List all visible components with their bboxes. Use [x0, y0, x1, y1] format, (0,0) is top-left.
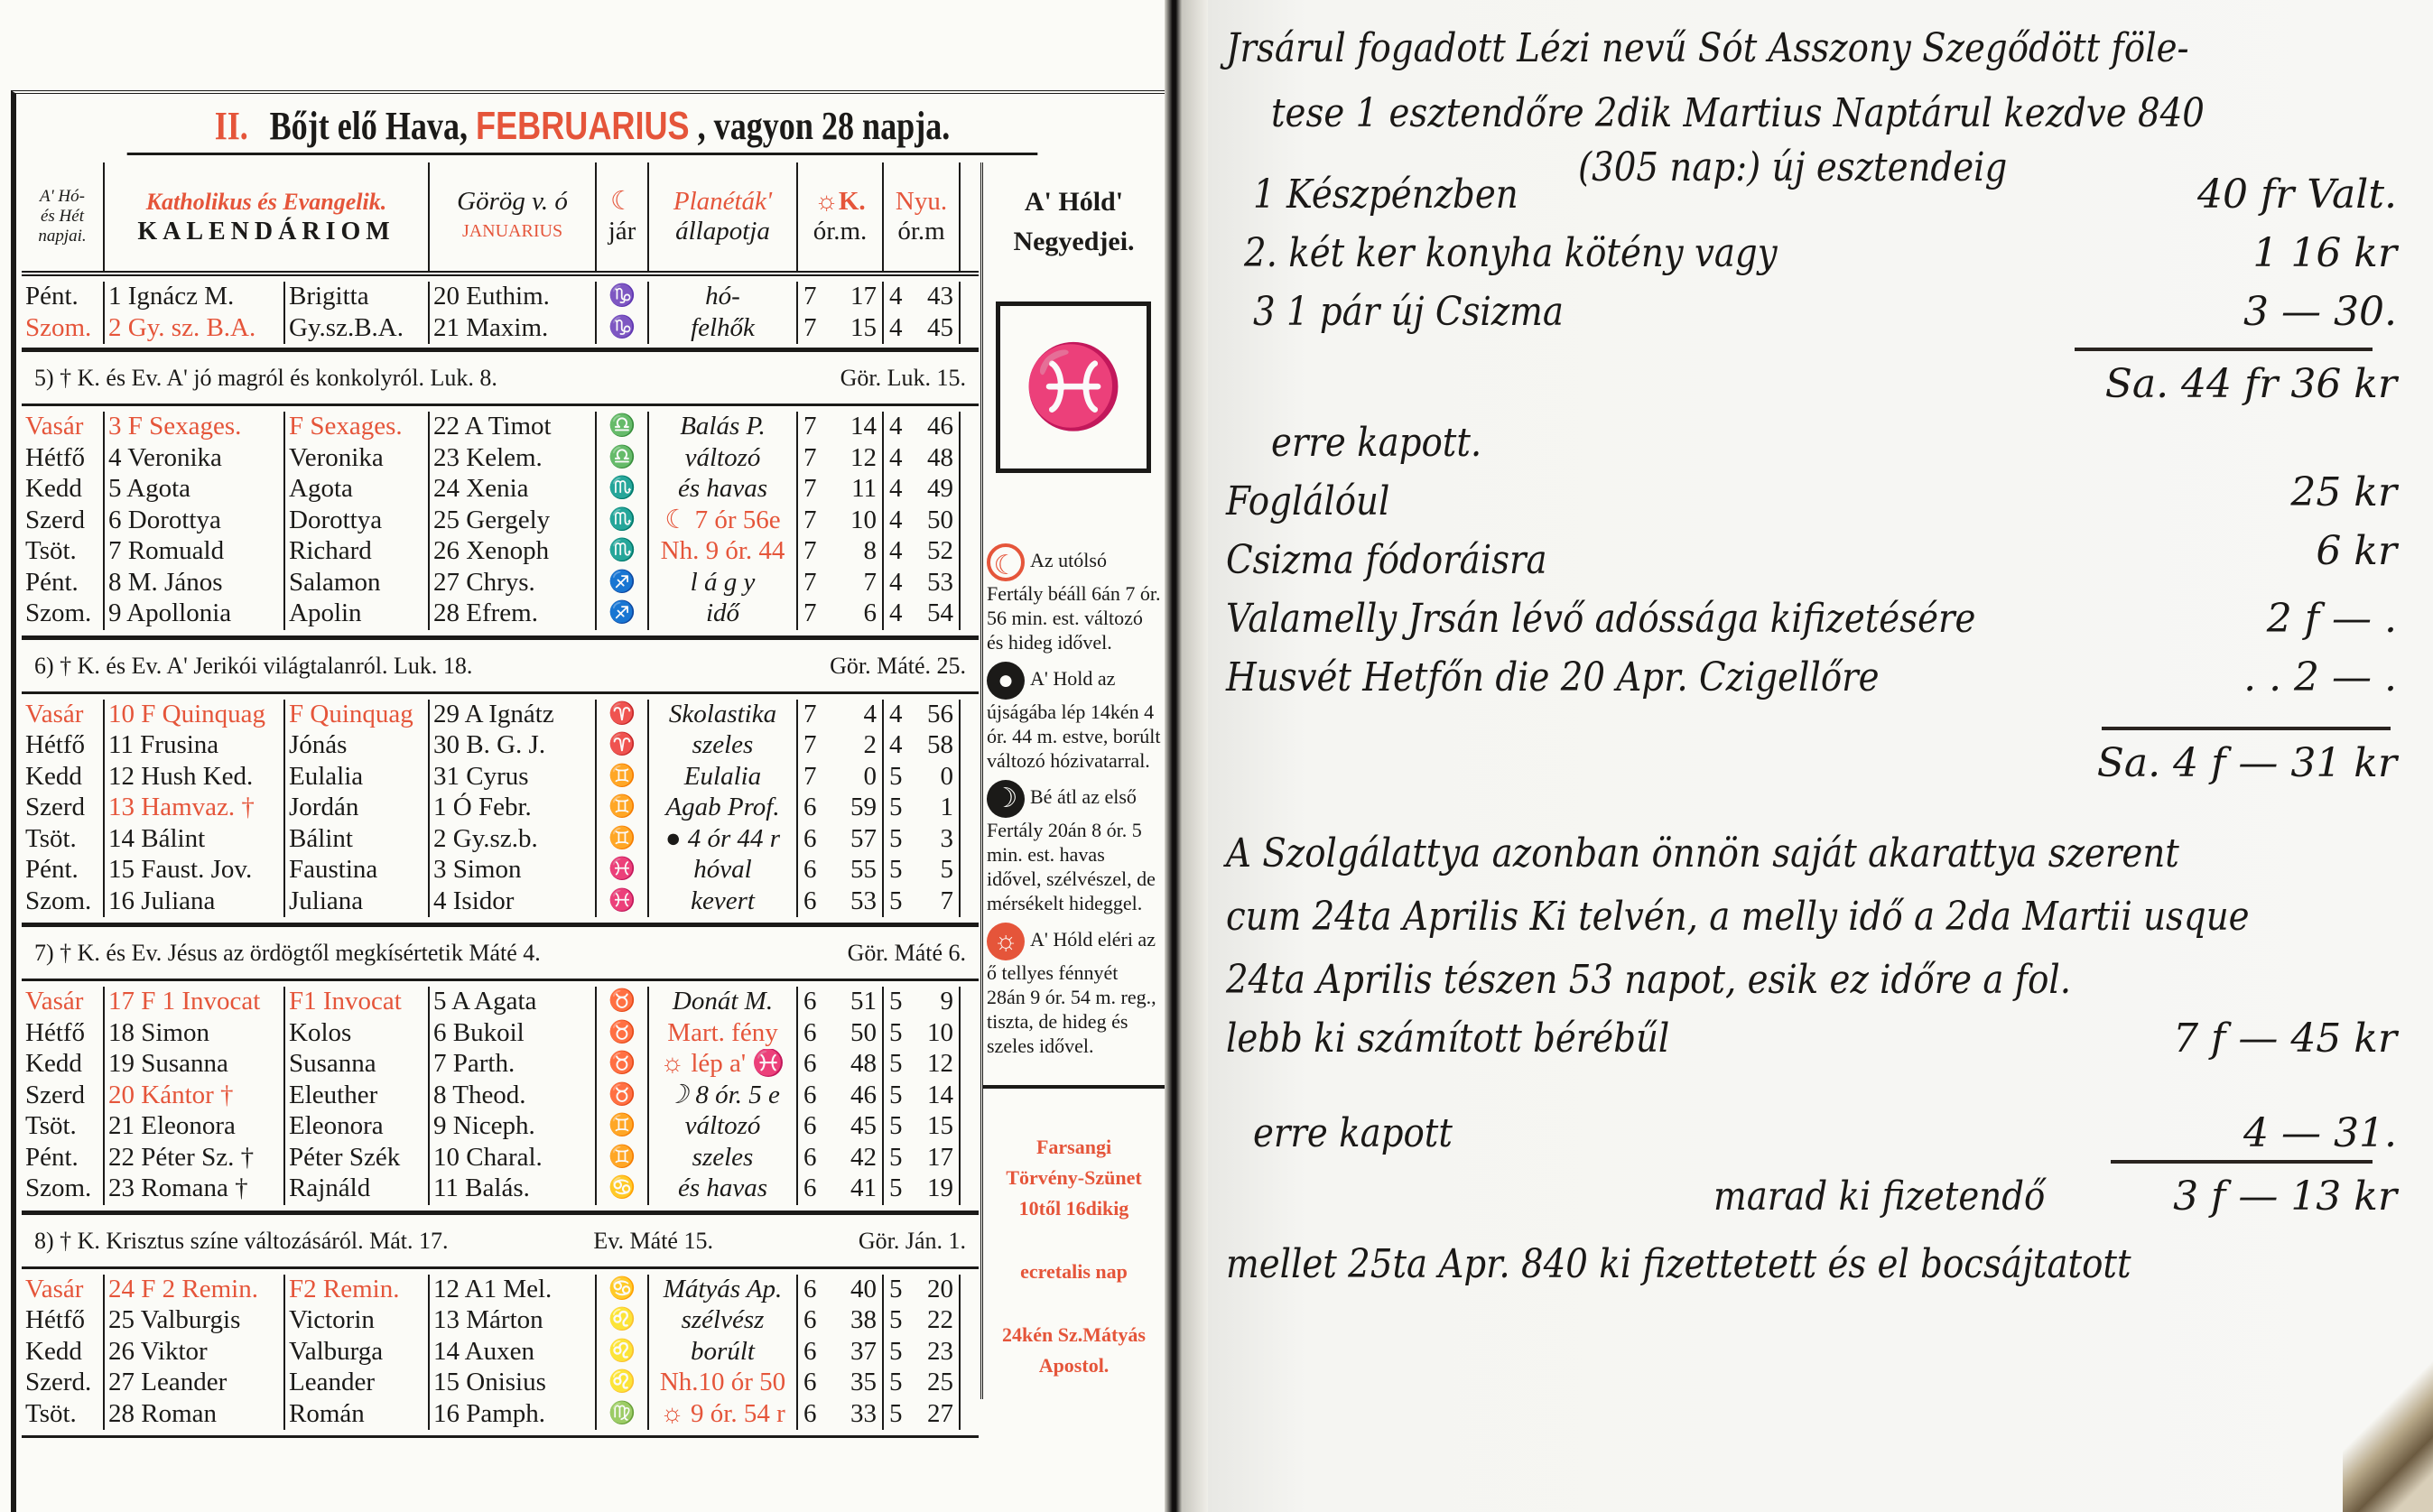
handwritten-line: (305 nap:) új esztendeig: [1578, 144, 2007, 191]
month-title-suffix: , vagyon 28 napja.: [698, 104, 951, 148]
sunset-time: 522: [884, 1305, 961, 1337]
page-curl: [2343, 1350, 2433, 1512]
evangelical-saint: Victorin: [285, 1305, 430, 1337]
greek-saint: 9 Niceph.: [430, 1111, 597, 1143]
weekday: Vasár: [22, 987, 105, 1018]
zodiac-icon: ♍: [597, 1399, 649, 1431]
catholic-saint: 11 Frusina: [105, 730, 285, 762]
weekday: Szom.: [22, 886, 105, 918]
greek-saint: 7 Parth.: [430, 1049, 597, 1081]
catholic-saint: 14 Bálint: [105, 824, 285, 856]
zodiac-icon: ♊: [597, 1111, 649, 1143]
catholic-saint: 7 Romuald: [105, 536, 285, 568]
greek-saint: 27 Chrys.: [430, 568, 597, 599]
header-day: A' Hó- és Hét napjai.: [22, 162, 105, 271]
table-row: Tsöt.7 RomualdRichard26 Xenoph♏Nh. 9 ór.…: [22, 536, 979, 568]
planet-weather: Donát M.: [649, 987, 798, 1018]
gospel-reading: 8) † K. Krisztus színe változásáról. Mát…: [34, 1226, 449, 1256]
evangelical-saint: Bálint: [285, 824, 430, 856]
table-row: Kedd5 AgotaAgota24 Xenia♏és havas711449: [22, 474, 979, 506]
header-sunset: Nyu. ór.m: [884, 162, 961, 271]
catholic-saint: 17 F 1 Invocat: [105, 987, 285, 1018]
table-row: Vasár10 F QuinquagF Quinquag29 A Ignátz♈…: [22, 700, 979, 731]
zodiac-icon: ♎: [597, 443, 649, 475]
catholic-saint: 25 Valburgis: [105, 1305, 285, 1337]
catholic-saint: 8 M. János: [105, 568, 285, 599]
sunrise-time: 637: [798, 1337, 884, 1368]
evangelical-saint: Juliana: [285, 886, 430, 918]
zodiac-icon: ♑: [597, 313, 649, 345]
carnival-notes: Farsangi Törvény-Szünet 10től 16dikig ec…: [983, 1134, 1165, 1379]
sunrise-time: 645: [798, 1111, 884, 1143]
table-row: Szom.16 JulianaJuliana4 Isidor♓kevert653…: [22, 886, 979, 918]
planet-weather: Mart. fény: [649, 1018, 798, 1050]
table-header: A' Hó- és Hét napjai. Katholikus és Evan…: [22, 162, 979, 276]
zodiac-icon: ♈: [597, 700, 649, 731]
planet-weather: idő: [649, 598, 798, 630]
sunset-time: 458: [884, 730, 961, 762]
moon-quarters-heading: A' Hóld' Negyedjei.: [983, 162, 1165, 262]
zodiac-icon: ♐: [597, 568, 649, 599]
table-row: Hétfő18 SimonKolos6 Bukoil♉Mart. fény650…: [22, 1018, 979, 1050]
zodiac-icon: ♐: [597, 598, 649, 630]
table-row: Pént.22 Péter Sz. †Péter Szék10 Charal.♊…: [22, 1143, 979, 1174]
planet-weather: szélvész: [649, 1305, 798, 1337]
evangelical-saint: Román: [285, 1399, 430, 1431]
sunset-time: 57: [884, 886, 961, 918]
handwritten-line: Valamelly Jrsán lévő adóssága kifizetésé…: [1226, 596, 1975, 643]
greek-saint: 26 Xenoph: [430, 536, 597, 568]
planet-weather: l á g y: [649, 568, 798, 599]
handwritten-line: erre kapott: [1253, 1110, 1453, 1157]
greek-saint: 4 Isidor: [430, 886, 597, 918]
weekday: Hétfő: [22, 443, 105, 475]
sunset-time: 449: [884, 474, 961, 506]
table-row: Szerd.27 LeanderLeander15 Onisius♌Nh.10 …: [22, 1368, 979, 1399]
sunrise-time: 659: [798, 793, 884, 824]
handwritten-line: Foglálóul: [1226, 478, 1389, 525]
planet-weather: ☼ 9 ór. 54 r: [649, 1399, 798, 1431]
planet-weather: borúlt: [649, 1337, 798, 1368]
table-row: Kedd26 ViktorValburga14 Auxen♌borúlt6375…: [22, 1337, 979, 1368]
evangelical-saint: F Quinquag: [285, 700, 430, 731]
sunrise-time: 651: [798, 987, 884, 1018]
weekday: Hétfő: [22, 1305, 105, 1337]
table-row: Vasár17 F 1 InvocatF1 Invocat5 A Agata♉D…: [22, 987, 979, 1018]
ledger-amount: 1 16 kr: [2252, 230, 2397, 277]
table-row: Pént.8 M. JánosSalamon27 Chrys.♐l á g y7…: [22, 568, 979, 599]
sunset-time: 514: [884, 1081, 961, 1112]
weekday: Kedd: [22, 474, 105, 506]
catholic-saint: 16 Juliana: [105, 886, 285, 918]
ledger-amount: 25 kr: [2290, 469, 2397, 516]
moon-entry-full-moon: ☼A' Hóld eléri az ő tellyes fénnyét 28án…: [983, 923, 1165, 1058]
table-row: Tsöt.28 RomanRomán16 Pamph.♍☼ 9 ór. 54 r…: [22, 1399, 979, 1431]
sunrise-time: 711: [798, 474, 884, 506]
moon-entry-new-moon: ●A' Hold az újságába lép 14kén 4 ór. 44 …: [983, 662, 1165, 773]
sunrise-time: 70: [798, 762, 884, 793]
sunrise-time: 710: [798, 506, 884, 537]
weekday: Szerd: [22, 506, 105, 537]
zodiac-icon: ♌: [597, 1368, 649, 1399]
gospel-reading: 7) † K. és Ev. Jésus az ördögtől megkísé…: [34, 938, 541, 968]
sum-rule: [2075, 348, 2373, 351]
calendar-table: A' Hó- és Hét napjai. Katholikus és Evan…: [22, 162, 979, 1438]
zodiac-icon: ♉: [597, 1049, 649, 1081]
rows-week-4: Pént. 1 Ignácz M. Brigitta 20 Euthim. ♑ …: [22, 276, 979, 350]
greek-reading: Gör. Máté 6.: [848, 938, 966, 968]
table-row: Szerd13 Hamvaz. †Jordán1 Ó Febr.♊Agab Pr…: [22, 793, 979, 824]
sunset-time: 51: [884, 793, 961, 824]
weekday: Tsöt.: [22, 536, 105, 568]
evangelical-saint: Eleonora: [285, 1111, 430, 1143]
greek-saint: 29 A Ignátz: [430, 700, 597, 731]
pisces-icon: ♓: [1023, 376, 1124, 400]
month-title: II. Bőjt elő Hava, FEBRUARIUS , vagyon 2…: [127, 101, 1038, 155]
week-heading: 7) † K. és Ev. Jésus az ördögtől megkísé…: [22, 925, 979, 981]
catholic-saint: 26 Viktor: [105, 1337, 285, 1368]
greek-saint: 5 A Agata: [430, 987, 597, 1018]
evangelical-saint: Leander: [285, 1368, 430, 1399]
weekday: Kedd: [22, 762, 105, 793]
sunset-time: 453: [884, 568, 961, 599]
greek-saint: 1 Ó Febr.: [430, 793, 597, 824]
moon-quarters-column: A' Hóld' Negyedjei. ♓ ☾Az utólsó Fertály…: [980, 162, 1165, 1399]
sunrise-time: 77: [798, 568, 884, 599]
planet-weather: ☾ 7 ór 56e: [649, 506, 798, 537]
planet-weather: Nh. 9 ór. 44: [649, 536, 798, 568]
sunrise-time: 640: [798, 1275, 884, 1306]
weekday: Pént.: [22, 568, 105, 599]
table-row: Pént.15 Faust. Jov.Faustina3 Simon♓hóval…: [22, 855, 979, 886]
sunset-time: 456: [884, 700, 961, 731]
week-heading: 8) † K. Krisztus színe változásáról. Mát…: [22, 1213, 979, 1269]
handwritten-ledger-page: Jrsárul fogadott Lézi nevű Sót Asszony S…: [1208, 0, 2433, 1512]
sunset-time: 512: [884, 1049, 961, 1081]
weekday: Szom.: [22, 1173, 105, 1205]
zodiac-icon: ♊: [597, 824, 649, 856]
header-greek: Görög v. ó JANUARIUS: [430, 162, 597, 271]
catholic-saint: 23 Romana †: [105, 1173, 285, 1205]
evangelical-saint: Susanna: [285, 1049, 430, 1081]
evangelical-saint: F Sexages.: [285, 412, 430, 443]
sunset-time: 53: [884, 824, 961, 856]
weekday: Szom.: [22, 598, 105, 630]
handwritten-line: mellet 25ta Apr. 840 ki fizettetett és e…: [1226, 1241, 2131, 1288]
planet-weather: hóval: [649, 855, 798, 886]
evangelical-saint: Salamon: [285, 568, 430, 599]
week-rows: Vasár10 F QuinquagF Quinquag29 A Ignátz♈…: [22, 694, 979, 926]
weekday: Vasár: [22, 700, 105, 731]
ledger-amount: Sa. 4 f — 31 kr: [2097, 740, 2397, 787]
table-row: Szom.9 ApolloniaApolin28 Efrem.♐idő76454: [22, 598, 979, 630]
planet-weather: ☼ lép a' ♓: [649, 1049, 798, 1081]
greek-saint: 12 A1 Mel.: [430, 1275, 597, 1306]
table-row: Kedd19 SusannaSusanna7 Parth.♉☼ lép a' ♓…: [22, 1049, 979, 1081]
week-heading: 5) † K. és Ev. A' jó magról és konkolyró…: [22, 350, 979, 406]
table-row: Szerd20 Kántor †Eleuther8 Theod.♉☽ 8 ór.…: [22, 1081, 979, 1112]
sunset-time: 523: [884, 1337, 961, 1368]
handwritten-line: marad ki fizetendő: [1713, 1173, 2045, 1220]
weekday: Szerd.: [22, 1368, 105, 1399]
sunset-time: 446: [884, 412, 961, 443]
evangelical-saint: Richard: [285, 536, 430, 568]
table-row: Szerd6 DorottyaDorottya25 Gergely♏☾ 7 ór…: [22, 506, 979, 537]
greek-saint: 16 Pamph.: [430, 1399, 597, 1431]
table-row: Tsöt.21 EleonoraEleonora9 Niceph.♊változ…: [22, 1111, 979, 1143]
sunrise-time: 714: [798, 412, 884, 443]
handwritten-line: 1 Készpénzben: [1253, 172, 1518, 218]
zodiac-icon: ♉: [597, 1081, 649, 1112]
weekday: Vasár: [22, 412, 105, 443]
moon-entry-first-quarter: ☽Bé átl az első Fertály 20án 8 ór. 5 min…: [983, 780, 1165, 915]
weekday: Szerd: [22, 1081, 105, 1112]
sunrise-time: 657: [798, 824, 884, 856]
new-moon-icon: ●: [987, 662, 1025, 700]
sunset-time: 527: [884, 1399, 961, 1431]
handwritten-line: Csizma fódoráisra: [1226, 537, 1547, 584]
sunset-time: 450: [884, 506, 961, 537]
catholic-saint: 9 Apollonia: [105, 598, 285, 630]
month-title-prefix: Bőjt elő Hava,: [270, 104, 468, 148]
handwritten-line: tese 1 esztendőre 2dik Martius Naptárul …: [1271, 90, 2205, 137]
calendar-page: II. Bőjt elő Hava, FEBRUARIUS , vagyon 2…: [0, 0, 1165, 1512]
catholic-saint: 19 Susanna: [105, 1049, 285, 1081]
planet-weather: Agab Prof.: [649, 793, 798, 824]
zodiac-icon: ♑: [597, 282, 649, 313]
table-row: Pént. 1 Ignácz M. Brigitta 20 Euthim. ♑ …: [22, 282, 979, 313]
sunrise-time: 641: [798, 1173, 884, 1205]
planet-weather: és havas: [649, 1173, 798, 1205]
planet-weather: Skolastika: [649, 700, 798, 731]
sunset-time: 55: [884, 855, 961, 886]
gospel-reading: 5) † K. és Ev. A' jó magról és konkolyró…: [34, 363, 497, 393]
greek-saint: 24 Xenia: [430, 474, 597, 506]
greek-saint: 28 Efrem.: [430, 598, 597, 630]
month-name: FEBRUARIUS: [476, 104, 690, 148]
weekday: Tsöt.: [22, 1399, 105, 1431]
sunrise-time: 74: [798, 700, 884, 731]
zodiac-icon: ♏: [597, 506, 649, 537]
greek-saint: 22 A Timot: [430, 412, 597, 443]
full-moon-icon: ☼: [987, 923, 1025, 960]
sunset-time: 59: [884, 987, 961, 1018]
evangelical-saint: Eulalia: [285, 762, 430, 793]
zodiac-icon: ♌: [597, 1337, 649, 1368]
handwritten-line: 3 1 pár új Csizma: [1253, 289, 1564, 336]
greek-saint: 14 Auxen: [430, 1337, 597, 1368]
zodiac-icon: ♋: [597, 1275, 649, 1306]
header-planets: Planéták' állapotja: [649, 162, 798, 271]
catholic-saint: 6 Dorottya: [105, 506, 285, 537]
zodiac-icon: ♈: [597, 730, 649, 762]
ledger-amount: 7 f — 45 kr: [2173, 1016, 2397, 1062]
sunset-time: 515: [884, 1111, 961, 1143]
evangelical-saint: Péter Szék: [285, 1143, 430, 1174]
evangelical-saint: Agota: [285, 474, 430, 506]
evangelical-saint: Dorottya: [285, 506, 430, 537]
sunrise-time: 653: [798, 886, 884, 918]
catholic-saint: 4 Veronika: [105, 443, 285, 475]
zodiac-icon: ♓: [597, 886, 649, 918]
sunrise-time: 76: [798, 598, 884, 630]
greek-reading: Gör. Máté. 25.: [830, 651, 966, 681]
table-row: Kedd12 Hush Ked.Eulalia31 Cyrus♊Eulalia7…: [22, 762, 979, 793]
planet-weather: változó: [649, 443, 798, 475]
book-gutter: [1165, 0, 1208, 1512]
zodiac-icon: ♎: [597, 412, 649, 443]
greek-saint: 2 Gy.sz.b.: [430, 824, 597, 856]
zodiac-icon: ♌: [597, 1305, 649, 1337]
catholic-saint: 10 F Quinquag: [105, 700, 285, 731]
sunrise-time: 648: [798, 1049, 884, 1081]
greek-saint: 3 Simon: [430, 855, 597, 886]
catholic-saint: 3 F Sexages.: [105, 412, 285, 443]
zodiac-icon: ♊: [597, 793, 649, 824]
sunrise-time: 650: [798, 1018, 884, 1050]
greek-saint: 23 Kelem.: [430, 443, 597, 475]
weekday: Kedd: [22, 1337, 105, 1368]
waning-moon-icon: ☾: [987, 543, 1025, 581]
planet-weather: és havas: [649, 474, 798, 506]
ledger-amount: 4 — 31.: [2243, 1110, 2397, 1157]
zodiac-icon: ♉: [597, 1018, 649, 1050]
sunrise-time: 638: [798, 1305, 884, 1337]
catholic-saint: 27 Leander: [105, 1368, 285, 1399]
catholic-saint: 15 Faust. Jov.: [105, 855, 285, 886]
table-row: Vasár24 F 2 Remin.F2 Remin.12 A1 Mel.♋Má…: [22, 1275, 979, 1306]
zodiac-icon: ♊: [597, 1143, 649, 1174]
greek-saint: 15 Onisius: [430, 1368, 597, 1399]
sunrise-time: 642: [798, 1143, 884, 1174]
gospel-reading: 6) † K. és Ev. A' Jerikói világtalanról.…: [34, 651, 472, 681]
table-row: Hétfő25 ValburgisVictorin13 Márton♌szélv…: [22, 1305, 979, 1337]
planet-weather: változó: [649, 1111, 798, 1143]
sunset-time: 510: [884, 1018, 961, 1050]
greek-saint: 30 B. G. J.: [430, 730, 597, 762]
zodiac-icon: ♏: [597, 536, 649, 568]
sunset-time: 452: [884, 536, 961, 568]
evangelical-saint: F1 Invocat: [285, 987, 430, 1018]
catholic-saint: 12 Hush Ked.: [105, 762, 285, 793]
ledger-amount: 3 — 30.: [2243, 289, 2397, 336]
catholic-saint: 5 Agota: [105, 474, 285, 506]
ledger-amount: 3 f — 13 kr: [2173, 1173, 2397, 1220]
table-row: Hétfő11 FrusinaJónás30 B. G. J.♈szeles72…: [22, 730, 979, 762]
weekday: Pént.: [22, 855, 105, 886]
ledger-amount: 2 f — .: [2267, 596, 2397, 643]
ledger-amount: 6 kr: [2316, 528, 2397, 575]
week-rows: Vasár24 F 2 Remin.F2 Remin.12 A1 Mel.♋Má…: [22, 1269, 979, 1439]
evangelical-saint: F2 Remin.: [285, 1275, 430, 1306]
planet-weather: ☽ 8 ór. 5 e: [649, 1081, 798, 1112]
table-row: Hétfő4 VeronikaVeronika23 Kelem.♎változó…: [22, 443, 979, 475]
week-rows: Vasár3 F Sexages.F Sexages.22 A Timot♎Ba…: [22, 406, 979, 638]
sunset-time: 448: [884, 443, 961, 475]
header-sunrise: ☼K. ór.m.: [798, 162, 884, 271]
evangelical-saint: Valburga: [285, 1337, 430, 1368]
sunrise-time: 78: [798, 536, 884, 568]
evangelical-reading: Ev. Máté 15.: [593, 1226, 713, 1256]
greek-reading: Gör. Ján. 1.: [859, 1226, 966, 1256]
planet-weather: kevert: [649, 886, 798, 918]
sunset-time: 520: [884, 1275, 961, 1306]
evangelical-saint: Faustina: [285, 855, 430, 886]
zodiac-icon: ♉: [597, 987, 649, 1018]
sunset-time: 50: [884, 762, 961, 793]
ledger-amount: Sa. 44 fr 36 kr: [2105, 361, 2397, 408]
weekday: Pént.: [22, 1143, 105, 1174]
week-rows: Vasár17 F 1 InvocatF1 Invocat5 A Agata♉D…: [22, 981, 979, 1213]
handwritten-line: A Szolgálattya azonban önnön saját akara…: [1226, 830, 2179, 877]
greek-saint: 10 Charal.: [430, 1143, 597, 1174]
greek-saint: 25 Gergely: [430, 506, 597, 537]
greek-reading: Gör. Luk. 15.: [840, 363, 966, 393]
planet-weather: Balás P.: [649, 412, 798, 443]
evangelical-saint: Apolin: [285, 598, 430, 630]
pisces-woodcut: ♓: [996, 301, 1151, 473]
handwritten-line: 24ta Aprilis tészen 53 napot, esik ez id…: [1226, 957, 2071, 1004]
planet-weather: Mátyás Ap.: [649, 1275, 798, 1306]
handwritten-line: lebb ki számított bérébűl: [1226, 1016, 1669, 1062]
catholic-saint: 13 Hamvaz. †: [105, 793, 285, 824]
ledger-amount: . . 2 — .: [2243, 654, 2397, 701]
weekday: Tsöt.: [22, 1111, 105, 1143]
ledger-amount: 40 fr Valt.: [2197, 172, 2397, 218]
evangelical-saint: Eleuther: [285, 1081, 430, 1112]
waxing-moon-icon: ☽: [987, 780, 1025, 818]
table-row: Szom. 2 Gy. sz. B.A. Gy.sz.B.A. 21 Maxim…: [22, 313, 979, 345]
handwritten-line: erre kapott.: [1271, 420, 1481, 467]
greek-saint: 13 Márton: [430, 1305, 597, 1337]
sum-rule: [2102, 727, 2391, 730]
planet-weather: szeles: [649, 1143, 798, 1174]
weeks-container: 5) † K. és Ev. A' jó magról és konkolyró…: [22, 350, 979, 1438]
planet-weather: Eulalia: [649, 762, 798, 793]
catholic-saint: 21 Eleonora: [105, 1111, 285, 1143]
handwritten-line: cum 24ta Aprilis Ki telvén, a melly idő …: [1226, 894, 2250, 941]
handwritten-line: Jrsárul fogadott Lézi nevű Sót Asszony S…: [1226, 25, 2189, 72]
sunset-time: 525: [884, 1368, 961, 1399]
zodiac-icon: ♓: [597, 855, 649, 886]
sun-icon: ☼K.: [800, 187, 880, 217]
evangelical-saint: Jónás: [285, 730, 430, 762]
weekday: Kedd: [22, 1049, 105, 1081]
sunrise-time: 655: [798, 855, 884, 886]
planet-weather: szeles: [649, 730, 798, 762]
greek-saint: 6 Bukoil: [430, 1018, 597, 1050]
sunrise-time: 633: [798, 1399, 884, 1431]
moon-icon: ☾: [599, 187, 645, 217]
table-row: Tsöt.14 BálintBálint2 Gy.sz.b.♊● 4 ór 44…: [22, 824, 979, 856]
greek-saint: 8 Theod.: [430, 1081, 597, 1112]
catholic-saint: 18 Simon: [105, 1018, 285, 1050]
evangelical-saint: Jordán: [285, 793, 430, 824]
evangelical-saint: Kolos: [285, 1018, 430, 1050]
sunrise-time: 646: [798, 1081, 884, 1112]
sunset-time: 454: [884, 598, 961, 630]
weekday: Szerd: [22, 793, 105, 824]
sunrise-time: 712: [798, 443, 884, 475]
planet-weather: ● 4 ór 44 r: [649, 824, 798, 856]
greek-saint: 31 Cyrus: [430, 762, 597, 793]
week-heading: 6) † K. és Ev. A' Jerikói világtalanról.…: [22, 638, 979, 694]
header-moon: ☾ jár: [597, 162, 649, 271]
weekday: Hétfő: [22, 730, 105, 762]
catholic-saint: 28 Roman: [105, 1399, 285, 1431]
handwritten-line: 2. két ker konyha kötény vagy: [1244, 230, 1778, 277]
sunrise-time: 72: [798, 730, 884, 762]
